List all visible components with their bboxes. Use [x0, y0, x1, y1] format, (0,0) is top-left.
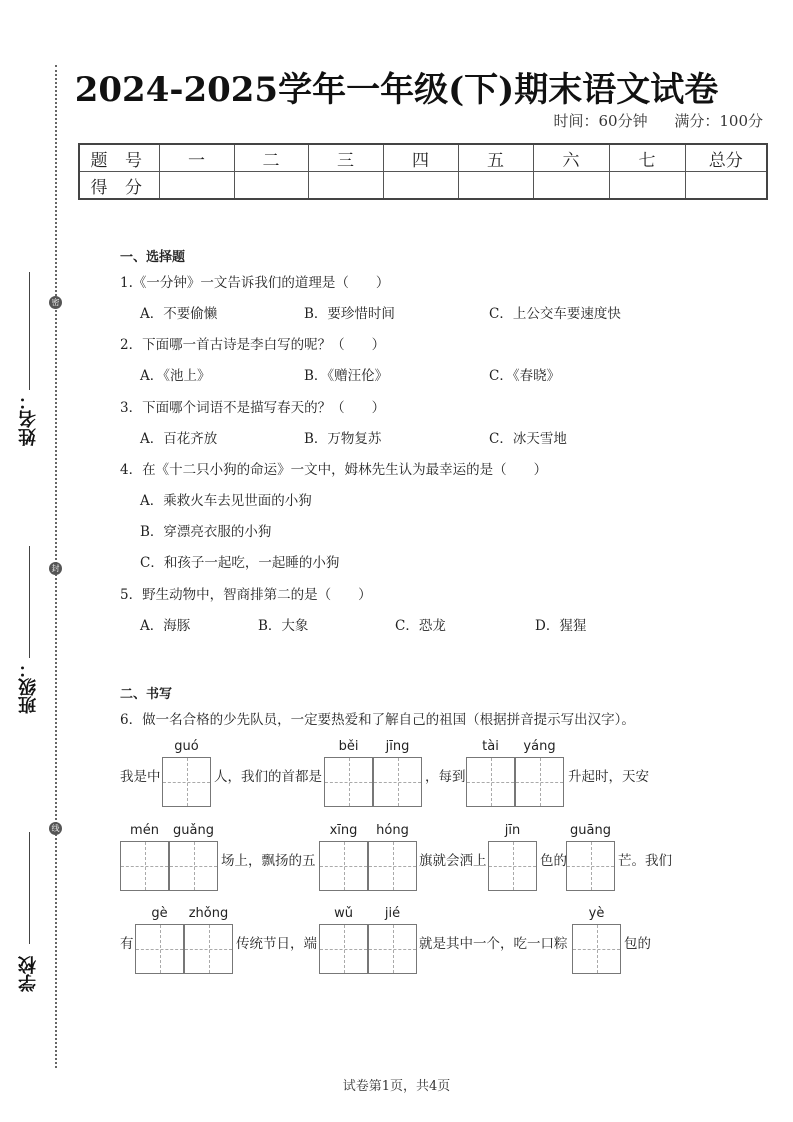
q1-option-b[interactable]: B．要珍惜时间 [304, 302, 395, 322]
score-row-label: 得 分 [79, 172, 159, 200]
class-line [29, 546, 30, 658]
pinyin-bei: běi [324, 739, 373, 754]
question-2: 2．下面哪一首古诗是李白写的呢？（ ） [120, 333, 385, 353]
pinyin-tai: tài [466, 739, 515, 754]
q2-option-c[interactable]: C．《春晓》 [489, 364, 560, 384]
line1-fragment-3: ，每到 [425, 765, 466, 785]
exam-meta: 时间：60分钟 满分：100分 [531, 110, 763, 131]
name-label: 姓名： [16, 392, 42, 446]
line2-fragment-1: 场上，飘扬的五 [221, 849, 316, 869]
writing-box[interactable] [135, 924, 184, 974]
line3-fragment-4: 包的 [624, 932, 651, 952]
writing-box[interactable] [324, 757, 373, 807]
score-cell-3[interactable] [308, 172, 383, 200]
pinyin-yang: yáng [515, 739, 564, 754]
score-cell-2[interactable] [234, 172, 308, 200]
line3-fragment-3: 就是其中一个，吃一口粽 [419, 932, 568, 952]
line2-fragment-2: 旗就会洒上 [419, 849, 487, 869]
pinyin-jin: jīn [488, 823, 537, 838]
pinyin-hong: hóng [368, 823, 417, 838]
writing-box[interactable] [120, 841, 169, 891]
seal-mi-icon: 密 [49, 296, 62, 309]
line1-fragment-2: 人，我们的首都是 [214, 765, 322, 785]
header-question-number: 题 号 [79, 144, 159, 172]
q3-option-c[interactable]: C．冰天雪地 [489, 427, 567, 447]
pinyin-guang-2: guāng [566, 823, 615, 838]
q5-option-b[interactable]: B．大象 [258, 614, 308, 634]
pinyin-ye: yè [572, 906, 621, 921]
section-1-title: 一、选择题 [120, 246, 185, 265]
page-footer: 试卷第1页，共4页 [0, 1075, 793, 1094]
line1-fragment-4: 升起时，天安 [568, 765, 649, 785]
seal-xian-icon: 线 [49, 822, 62, 835]
q4-option-b[interactable]: B．穿漂亮衣服的小狗 [140, 520, 271, 540]
score-cell-5[interactable] [458, 172, 533, 200]
q2-option-a[interactable]: A．《池上》 [140, 364, 211, 384]
score-cell-7[interactable] [609, 172, 685, 200]
pinyin-jie: jié [368, 906, 417, 921]
exam-title: 2024-2025学年一年级(下)期末语文试卷 [0, 62, 793, 111]
school-line [29, 832, 30, 944]
writing-box[interactable] [466, 757, 515, 807]
exam-time: 时间：60分钟 [553, 112, 647, 130]
question-6: 6．做一名合格的少先队员，一定要热爱和了解自己的祖国（根据拼音提示写出汉字）。 [120, 708, 635, 728]
q1-option-c[interactable]: C．上公交车要速度快 [489, 302, 621, 322]
question-5: 5．野生动物中，智商排第二的是（ ） [120, 583, 372, 603]
question-4: 4．在《十二只小狗的命运》一文中，姆林先生认为最幸运的是（ ） [120, 458, 547, 478]
writing-box[interactable] [488, 841, 537, 891]
q5-option-d[interactable]: D．猩猩 [535, 614, 586, 634]
writing-box[interactable] [368, 924, 417, 974]
q2-option-b[interactable]: B．《赠汪伦》 [304, 364, 388, 384]
writing-box[interactable] [319, 841, 368, 891]
school-label: 学校 [16, 956, 42, 992]
q5-option-c[interactable]: C．恐龙 [395, 614, 446, 634]
pinyin-wu: wǔ [319, 906, 368, 921]
q1-option-a[interactable]: A．不要偷懒 [140, 302, 217, 322]
score-table-header-row: 题 号 一 二 三 四 五 六 七 总分 [79, 144, 767, 172]
writing-box[interactable] [169, 841, 218, 891]
header-section-2: 二 [234, 144, 308, 172]
writing-box[interactable] [319, 924, 368, 974]
writing-box[interactable] [515, 757, 564, 807]
header-section-3: 三 [308, 144, 383, 172]
score-table-score-row: 得 分 [79, 172, 767, 200]
line1-fragment-1: 我是中 [120, 765, 161, 785]
writing-box[interactable] [572, 924, 621, 974]
score-table: 题 号 一 二 三 四 五 六 七 总分 得 分 [78, 143, 768, 200]
score-cell-1[interactable] [159, 172, 234, 200]
pinyin-zhong: zhǒng [184, 906, 233, 921]
line2-fragment-3: 色的 [540, 849, 567, 869]
line2-fragment-4: 芒。我们 [618, 849, 672, 869]
header-section-6: 六 [533, 144, 609, 172]
header-section-1: 一 [159, 144, 234, 172]
question-1: 1.《一分钟》一文告诉我们的道理是（ ） [120, 271, 389, 291]
score-cell-6[interactable] [533, 172, 609, 200]
pinyin-ge: gè [135, 906, 184, 921]
writing-box[interactable] [373, 757, 422, 807]
pinyin-guo: guó [162, 739, 211, 754]
class-label: 班级： [16, 660, 42, 714]
writing-box[interactable] [184, 924, 233, 974]
name-line [29, 272, 30, 390]
score-cell-total[interactable] [685, 172, 767, 200]
pinyin-men: mén [120, 823, 169, 838]
line3-fragment-2: 传统节日，端 [236, 932, 317, 952]
writing-box[interactable] [566, 841, 615, 891]
question-3: 3．下面哪个词语不是描写春天的？（ ） [120, 396, 385, 416]
writing-box[interactable] [368, 841, 417, 891]
header-section-7: 七 [609, 144, 685, 172]
writing-box[interactable] [162, 757, 211, 807]
line3-fragment-1: 有 [120, 932, 134, 952]
pinyin-guang: guǎng [169, 823, 218, 838]
q3-option-b[interactable]: B．万物复苏 [304, 427, 381, 447]
q5-option-a[interactable]: A．海豚 [140, 614, 190, 634]
score-cell-4[interactable] [383, 172, 458, 200]
seal-feng-icon: 封 [49, 562, 62, 575]
pinyin-xing: xīng [319, 823, 368, 838]
exam-full-score: 满分：100分 [674, 112, 763, 130]
pinyin-jing: jīng [373, 739, 422, 754]
section-2-title: 二、书写 [120, 683, 172, 702]
q3-option-a[interactable]: A．百花齐放 [140, 427, 217, 447]
header-section-5: 五 [458, 144, 533, 172]
q4-option-c[interactable]: C．和孩子一起吃，一起睡的小狗 [140, 551, 339, 571]
header-section-4: 四 [383, 144, 458, 172]
header-total: 总分 [685, 144, 767, 172]
q4-option-a[interactable]: A．乘救火车去见世面的小狗 [140, 489, 312, 509]
